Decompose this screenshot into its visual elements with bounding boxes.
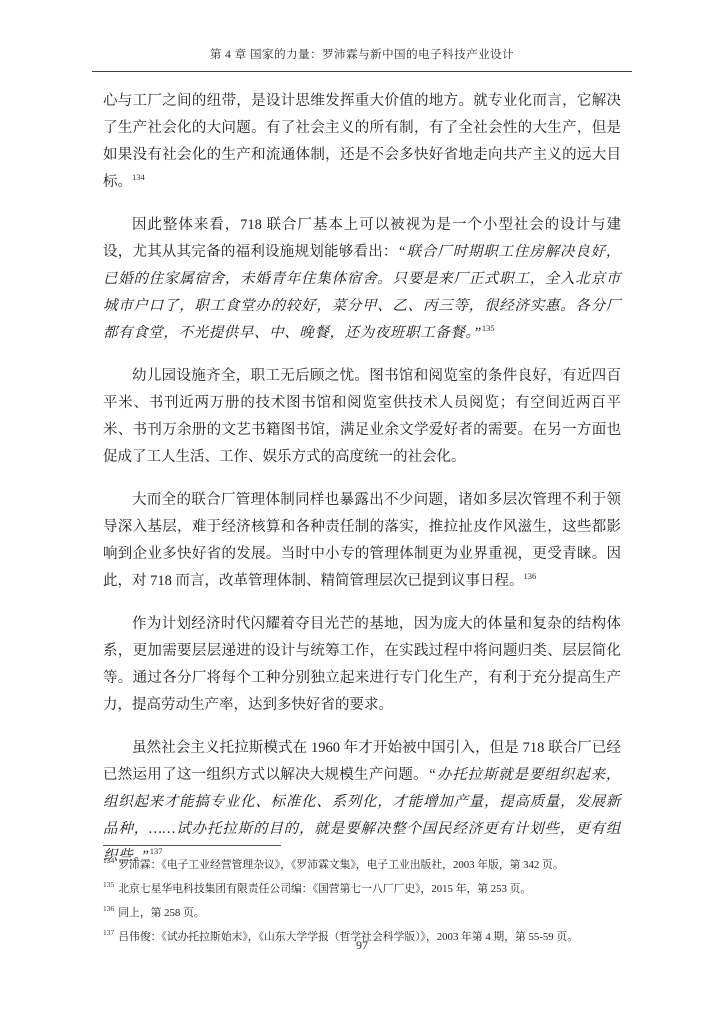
text-run: 心与工厂之间的纽带，是设计思维发挥重大价值的地方。就专业化而言，它解决了生产社会… <box>103 93 621 190</box>
paragraph: 幼儿园设施齐全，职工无后顾之忧。图书馆和阅览室的条件良好，有近四百平米、书刊近两… <box>103 363 621 471</box>
footnote: 135北京七星华电科技集团有限责任公司编：《国营第七一八厂厂史》，2015 年，… <box>103 877 621 901</box>
footnote-marker: 135 <box>103 880 114 889</box>
footnote: 136同上，第 258 页。 <box>103 901 621 925</box>
footnote-marker: 134 <box>103 856 114 865</box>
running-header: 第 4 章 国家的力量：罗沛霖与新中国的电子科技产业设计 <box>92 46 632 72</box>
page-number: 97 <box>0 938 724 953</box>
footnote-text: 北京七星华电科技集团有限责任公司编：《国营第七一八厂厂史》，2015 年，第 2… <box>118 883 531 895</box>
footnote-ref: 136 <box>524 571 537 581</box>
text-run: 大而全的联合厂管理体制同样也暴露出不少问题，诸如多层次管理不利于领导深入基层，难… <box>103 492 621 589</box>
paragraph: 大而全的联合厂管理体制同样也暴露出不少问题，诸如多层次管理不利于领导深入基层，难… <box>103 487 621 595</box>
document-page: 第 4 章 国家的力量：罗沛霖与新中国的电子科技产业设计 心与工厂之间的纽带，是… <box>0 0 724 1023</box>
paragraph: 心与工厂之间的纽带，是设计思维发挥重大价值的地方。就专业化而言，它解决了生产社会… <box>103 88 621 196</box>
footnotes-section: 134罗沛霖：《电子工业经营管理杂议》，《罗沛霖文集》，电子工业出版社，2003… <box>103 845 621 949</box>
paragraph: 作为计划经济时代闪耀着夺目光芒的基地，因为庞大的体量和复杂的结构体系，更加需要层… <box>103 611 621 719</box>
text-run: 作为计划经济时代闪耀着夺目光芒的基地，因为庞大的体量和复杂的结构体系，更加需要层… <box>103 616 621 713</box>
footnote-marker: 137 <box>103 928 114 937</box>
text-run: 幼儿园设施齐全，职工无后顾之忧。图书馆和阅览室的条件良好，有近四百平米、书刊近两… <box>103 368 621 465</box>
footnote-text: 同上，第 258 页。 <box>118 907 204 919</box>
footnote-ref: 135 <box>482 323 495 333</box>
footnote-text: 罗沛霖：《电子工业经营管理杂议》，《罗沛霖文集》，电子工业出版社，2003 年版… <box>118 859 563 871</box>
footnotes-list: 134罗沛霖：《电子工业经营管理杂议》，《罗沛霖文集》，电子工业出版社，2003… <box>103 853 621 949</box>
paragraph: 因此整体来看，718 联合厂基本上可以被视为是一个小型社会的设计与建设，尤其从其… <box>103 212 621 347</box>
body-paragraphs: 心与工厂之间的纽带，是设计思维发挥重大价值的地方。就专业化而言，它解决了生产社会… <box>103 88 621 886</box>
footnote-marker: 136 <box>103 904 114 913</box>
footnote: 134罗沛霖：《电子工业经营管理杂议》，《罗沛霖文集》，电子工业出版社，2003… <box>103 853 621 877</box>
footnote-ref: 134 <box>132 172 145 182</box>
footnote-separator <box>103 845 281 846</box>
